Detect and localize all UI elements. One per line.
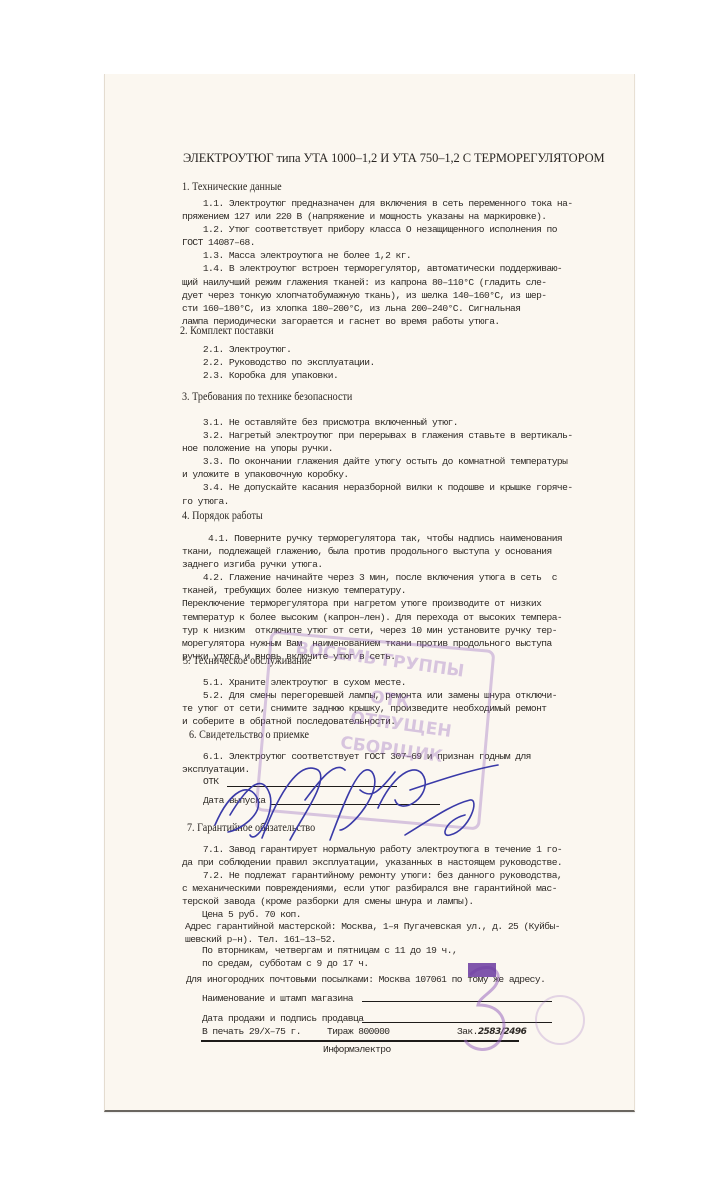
- signature-and-stamp-marks: [0, 0, 713, 1200]
- number-stamp-icon: [465, 968, 504, 1050]
- signature-icon: [215, 765, 498, 840]
- round-stamp-icon: [536, 996, 584, 1044]
